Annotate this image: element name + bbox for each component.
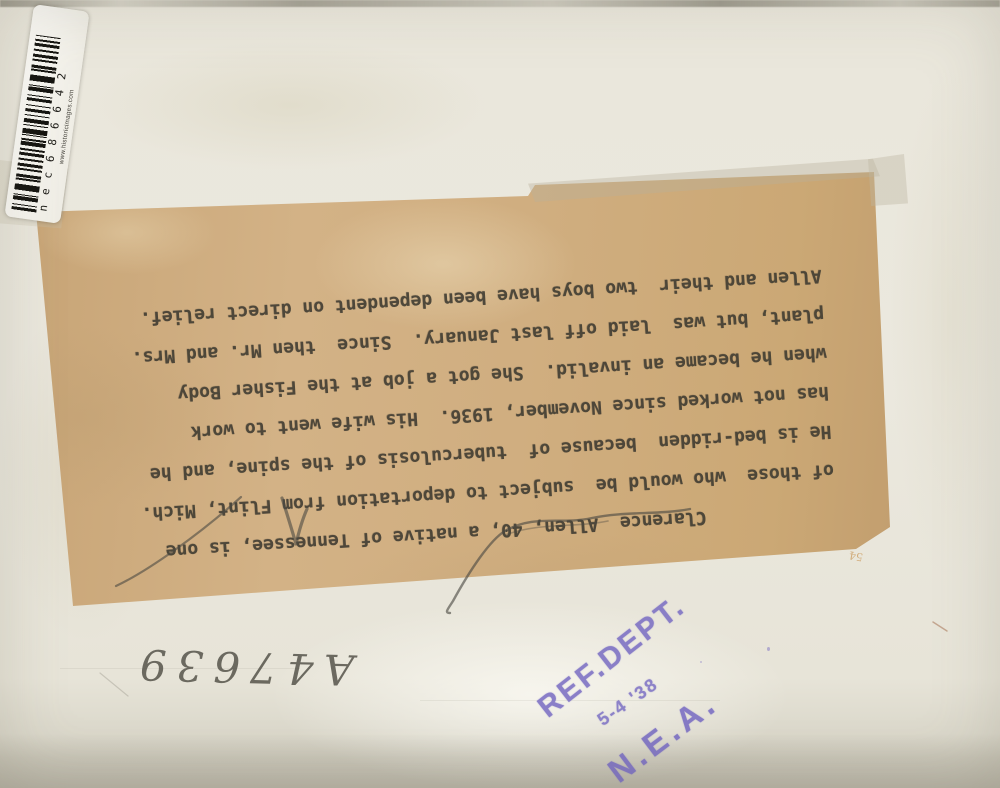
stamp-ink-speck bbox=[767, 647, 770, 651]
stamp-ink-speck bbox=[700, 661, 702, 663]
small-orange-mark: 54 bbox=[848, 548, 864, 563]
top-edge-grime bbox=[0, 0, 1000, 7]
faint-scratch bbox=[100, 673, 128, 696]
handwritten-photo-number: A47639 bbox=[129, 640, 354, 695]
barcode-sticker: nec686642 www.historicimages.com bbox=[4, 4, 89, 224]
caption-text-block: Clarence Allen, 40, a native of Tennesse… bbox=[23, 146, 896, 628]
photo-verso: Clarence Allen, 40, a native of Tennesse… bbox=[0, 0, 1000, 788]
caption-clipping: Clarence Allen, 40, a native of Tennesse… bbox=[30, 165, 910, 615]
bottom-edge-shading bbox=[0, 733, 1000, 788]
brown-scratch bbox=[933, 622, 947, 631]
paper-stain bbox=[890, 60, 1000, 580]
paper-stain bbox=[90, 40, 490, 170]
